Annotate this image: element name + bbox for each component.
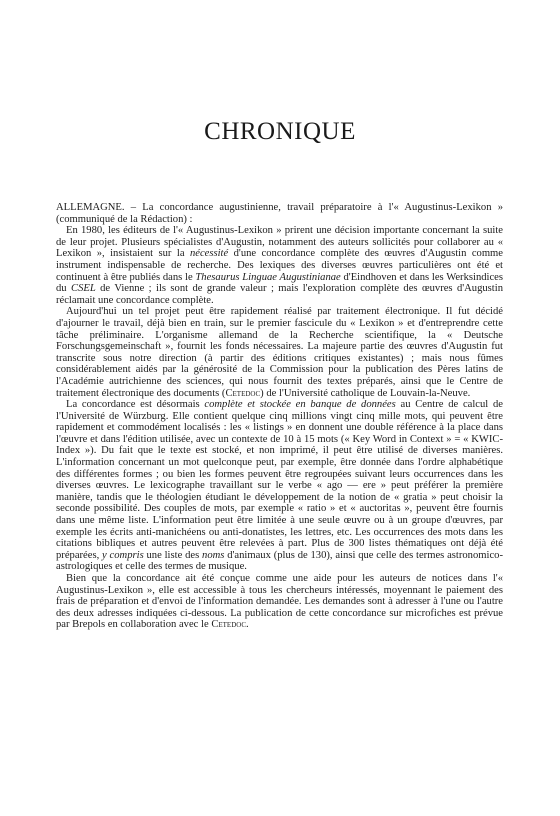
paragraph-1: En 1980, les éditeurs de l'« Augustinus-… (56, 225, 503, 306)
work-title: Thesaurus Linguae Augustinianae (195, 272, 340, 283)
text-run: Aujourd'hui un tel projet peut être rapi… (56, 306, 503, 398)
article-heading: ALLEMAGNE. – La concordance augustinienn… (56, 202, 503, 225)
paragraph-3: La concordance est désormais complète et… (56, 399, 503, 573)
text-run: au Centre de calcul de l'Université de W… (56, 399, 503, 561)
acronym: Cetedoc (225, 388, 260, 399)
text-run: de Vienne ; ils sont de grande valeur ; … (56, 283, 503, 306)
country-label: ALLEMAGNE. (56, 202, 125, 213)
text-run: une liste des (144, 550, 202, 561)
paragraph-2: Aujourd'hui un tel projet peut être rapi… (56, 306, 503, 399)
emphasis: y compris (102, 550, 144, 561)
work-title: CSEL (71, 283, 96, 294)
heading-dash: – (125, 202, 143, 213)
article-body: ALLEMAGNE. – La concordance augustinienn… (56, 202, 503, 631)
text-run: . (246, 619, 249, 630)
text-run: Bien que la concordance ait été conçue c… (56, 573, 503, 630)
page-title: CHRONIQUE (0, 118, 560, 146)
text-run: La concordance est désormais (66, 399, 204, 410)
emphasis: complète et stockée en banque de données (204, 399, 395, 410)
emphasis: nécessité (190, 248, 228, 259)
acronym: Cetedoc (211, 619, 246, 630)
paragraph-4: Bien que la concordance ait été conçue c… (56, 573, 503, 631)
emphasis: noms (202, 550, 224, 561)
text-run: ) de l'Université catholique de Louvain-… (260, 388, 470, 399)
